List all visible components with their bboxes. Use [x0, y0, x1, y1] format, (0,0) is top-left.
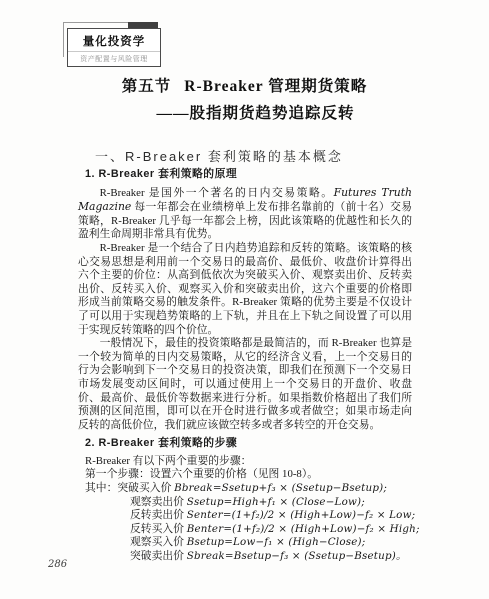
formula-math: Benter=(1+f₂)/2 × (High+Low)−f₂ × High; [187, 523, 420, 535]
chapter-subtitle: ——股指期货趋势追踪反转 [0, 101, 489, 123]
formula-label: 突破卖出价 [130, 550, 187, 562]
step-one-line: 第一个步骤：设置六个重要的价格（见图 10-8）。 [78, 468, 412, 482]
formula-intro: 其中： [85, 482, 117, 494]
badge-box: 量化投资学 资产配置与风险管理 [67, 28, 161, 67]
subsection-heading-2: 2. R-Breaker 套利策略的步骤 [78, 437, 412, 451]
formula-math: Ssetup=High+f₁ × (Close−Low); [187, 496, 365, 508]
chapter-title: 第五节R-Breaker 管理期货策略 [0, 74, 489, 96]
paragraph-1: R-Breaker 是国外一个著名的日内交易策略。Futures Truth M… [78, 186, 412, 242]
paragraph-2: R-Breaker 是一个结合了日内趋势追踪和反转的策略。该策略的核心交易思想是… [78, 242, 412, 337]
formula-line-6: 突破卖出价 Sbreak=Bsetup−f₃ × (Ssetup−Bsetup)… [78, 550, 412, 564]
formula-label: 观察卖出价 [130, 496, 187, 508]
formula-line-5: 观察买入价 Bsetup=Low−f₁ × (High−Close); [78, 536, 412, 550]
formula-label: 反转买入价 [130, 523, 187, 535]
steps-intro-line: R-Breaker 有以下两个重要的步骤： [78, 455, 412, 469]
page-number: 286 [48, 559, 67, 570]
formula-line-1: 其中：突破买入价 Bbreak=Ssetup+f₃ × (Ssetup−Bset… [78, 482, 412, 496]
subsection-heading-1: 1. R-Breaker 套利策略的原理 [78, 168, 412, 182]
formula-label: 反转卖出价 [130, 509, 187, 521]
formula-math: Sbreak=Bsetup−f₃ × (Ssetup−Bsetup)。 [187, 550, 407, 562]
badge-title: 量化投资学 [68, 29, 160, 51]
chapter-title-text: R-Breaker 管理期货策略 [184, 78, 367, 95]
formula-math: Bbreak=Ssetup+f₃ × (Ssetup−Bsetup); [174, 482, 387, 494]
formula-label: 突破买入价 [117, 482, 174, 494]
content-area: 1. R-Breaker 套利策略的原理 R-Breaker 是国外一个著名的日… [78, 168, 412, 564]
book-page: 量化投资学 资产配置与风险管理 第五节R-Breaker 管理期货策略 ——股指… [0, 0, 489, 599]
formula-line-3: 反转卖出价 Senter=(1+f₂)/2 × (High+Low)−f₂ × … [78, 509, 412, 523]
section-heading: 一、R-Breaker 套利策略的基本概念 [95, 146, 343, 165]
formula-math: Senter=(1+f₂)/2 × (High+Low)−f₂ × Low; [187, 509, 416, 521]
paragraph-1-text: R-Breaker 是国外一个著名的日内交易策略。 [100, 187, 334, 199]
book-badge: 量化投资学 资产配置与风险管理 [67, 28, 161, 67]
formula-math: Bsetup=Low−f₁ × (High−Close); [187, 536, 366, 548]
formula-line-4: 反转买入价 Benter=(1+f₂)/2 × (High+Low)−f₂ × … [78, 523, 412, 537]
formula-line-2: 观察卖出价 Ssetup=High+f₁ × (Close−Low); [78, 496, 412, 510]
chapter-number: 第五节 [122, 78, 172, 95]
formula-label: 观察买入价 [130, 536, 187, 548]
paragraph-3: 一般情况下，最佳的投资策略都是最简洁的，而 R-Breaker 也算是一个较为简… [78, 337, 412, 432]
badge-subtitle: 资产配置与风险管理 [68, 51, 160, 66]
